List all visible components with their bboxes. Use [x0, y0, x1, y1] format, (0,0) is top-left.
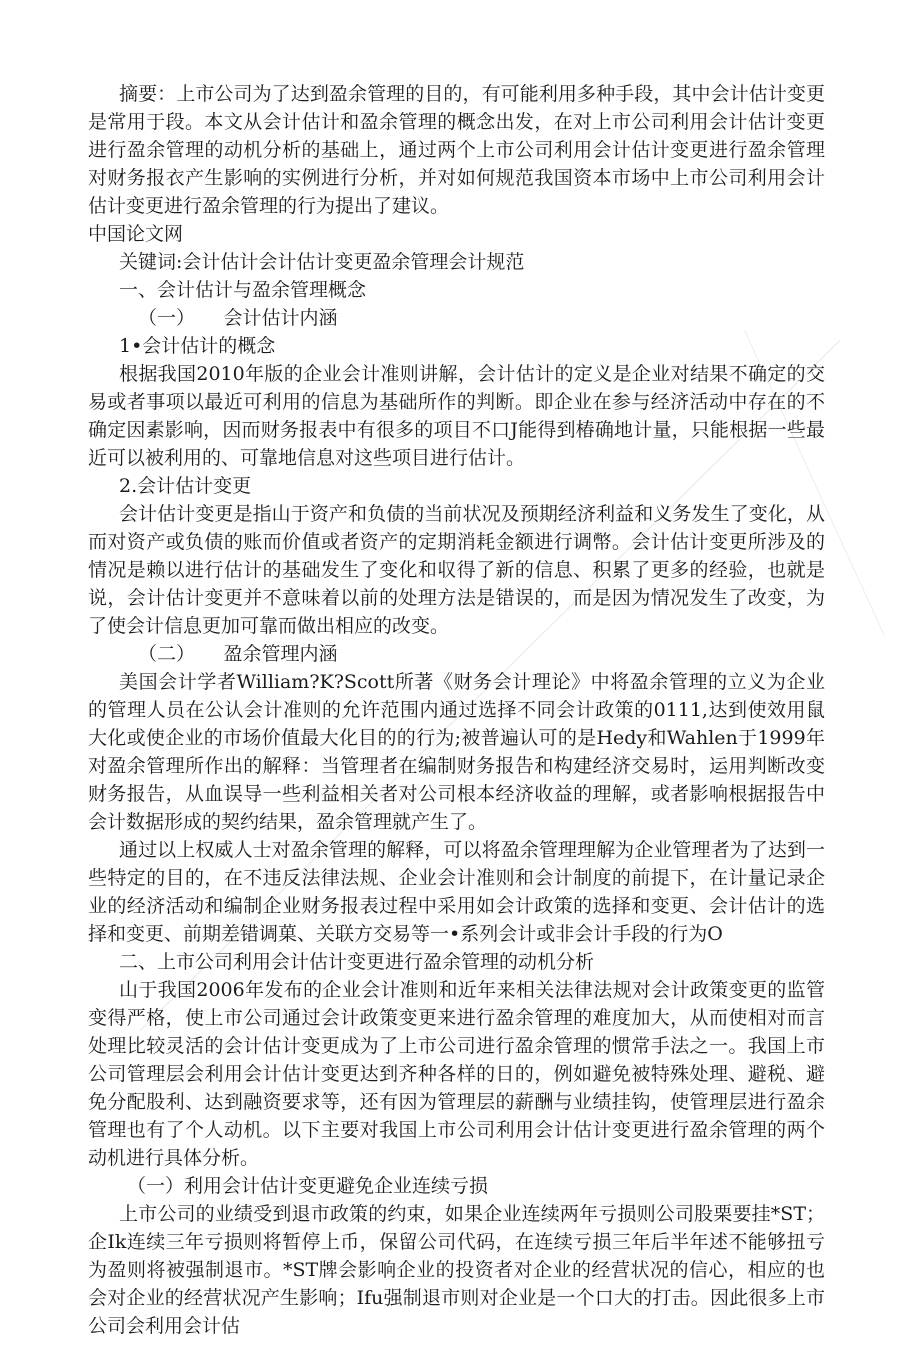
keywords-line: 关键词:会计估计会计估计变更盈余管理会计规范 — [88, 248, 825, 276]
source-site-line: 中国论文网 — [88, 220, 825, 248]
estimate-change-definition-paragraph: 会计估计变更是指山于资产和负债的当前状况及预期经济利益和义务发生了变化，从而对资… — [88, 500, 825, 640]
subsection-heading-2-1: （一）利用会计估计变更避免企业连续亏损 — [88, 1172, 825, 1200]
accounting-estimate-definition-paragraph: 根据我国2010年版的企业会计准则讲解，会计估计的定义是企业对结果不确定的交易或… — [88, 360, 825, 472]
earnings-management-definition-paragraph: 美国会计学者William?K?Scott所著《财务会计理论》中将盈余管理的立义… — [88, 668, 825, 836]
delisting-policy-paragraph: 上市公司的业绩受到退市政策的约束，如果企业连续两年亏损则公司股栗要挂*ST；企I… — [88, 1200, 825, 1340]
document-page: 摘要：上市公司为了达到盈余管理的目的，有可能利用多种手段，其中会计估计变更是常用… — [0, 0, 920, 1361]
subsubsection-heading-1: 1•会计估计的概念 — [88, 332, 825, 360]
subsection-heading-1-2: （二） 盈余管理内涵 — [88, 640, 825, 668]
subsection-heading-1-1: （一） 会计估计内涵 — [88, 304, 825, 332]
section-heading-2: 二、上市公司利用会计估计变更进行盈余管理的动机分析 — [88, 948, 825, 976]
subsubsection-heading-2: 2.会计估计变更 — [88, 472, 825, 500]
document-text-block: 摘要：上市公司为了达到盈余管理的目的，有可能利用多种手段，其中会计估计变更是常用… — [88, 80, 825, 1340]
motivation-analysis-paragraph: 山于我国2006年发布的企业会计准则和近年来相关法律法规对会计政策变更的监管变得… — [88, 976, 825, 1172]
abstract-paragraph: 摘要：上市公司为了达到盈余管理的目的，有可能利用多种手段，其中会计估计变更是常用… — [88, 80, 825, 220]
section-heading-1: 一、会计估计与盈余管理概念 — [88, 276, 825, 304]
earnings-management-summary-paragraph: 通过以上权威人士对盈余管理的解释，可以将盈余管理理解为企业管理者为了达到一些特定… — [88, 836, 825, 948]
